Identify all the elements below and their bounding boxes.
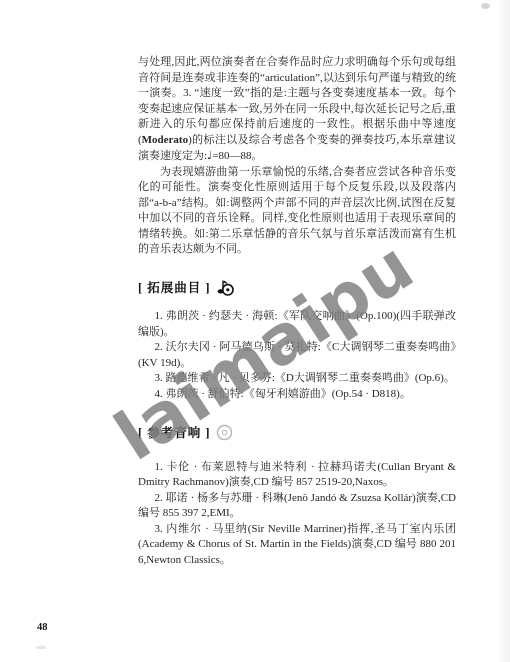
paragraph-tempo-discussion: 与处理,因此,两位演奏者在合奏作品时应力求明确每个乐句或每组音符间是连奏或非连奏… [138, 55, 456, 165]
paragraph-variation-principle: 为表现嬉游曲第一乐章愉悦的乐绪,合奏者应尝试各种音乐变化的可能性。演奏变化性原则… [138, 165, 456, 258]
scan-artifact [36, 646, 46, 649]
section-title-text: [ 参考音响 ] [138, 426, 211, 440]
page-content: 与处理,因此,两位演奏者在合奏作品时应力求明确每个乐句或每组音符间是连奏或非连奏… [138, 55, 456, 568]
scanned-book-page: 与处理,因此,两位演奏者在合奏作品时应力求明确每个乐句或每组音符间是连奏或非连奏… [0, 0, 510, 662]
tempo-value: =80—88。 [212, 150, 262, 162]
repertoire-item: 4. 弗朗茨 · 舒伯特:《匈牙利嬉游曲》(Op.54 · D818)。 [138, 387, 456, 403]
page-number: 48 [37, 622, 48, 633]
repertoire-item: 1. 弗朗茨 · 约瑟夫 · 海顿:《军队交响曲》(Op.100)(四手联弹改编… [138, 309, 456, 340]
repertoire-item: 3. 路德维希 · 凡 · 贝多芬:《D大调钢琴二重奏奏鸣曲》(Op.6)。 [138, 371, 456, 387]
paragraph-text: 与处理,因此,两位演奏者在合奏作品时应力求明确每个乐句或每组音符间是连奏或非连奏… [138, 56, 456, 146]
reference-recording-item: 1. 卡伦 · 布莱恩特与迪米特利 · 拉赫玛诺夫(Cullan Bryant … [138, 460, 456, 491]
section-title-text: [ 拓展曲目 ] [138, 281, 211, 295]
reference-recording-item: 3. 内维尔 · 马里纳(Sir Neville Marriner)指挥,圣马丁… [138, 522, 456, 569]
repertoire-item: 2. 沃尔夫冈 · 阿马德乌斯 · 莫扎特:《C大调钢琴二重奏奏鸣曲》(KV 1… [138, 340, 456, 371]
music-note-disc-icon [216, 278, 234, 301]
cd-icon [216, 424, 233, 446]
reference-recording-item: 2. 耶诺 · 杨多与苏珊 · 科琳(Jenö Jandó & Zsuzsa K… [138, 491, 456, 522]
scan-artifact [481, 3, 490, 9]
scan-edge-shadow [496, 0, 510, 662]
section-title-reference-recordings: [ 参考音响 ] [138, 424, 456, 446]
section-title-extended-repertoire: [ 拓展曲目 ] [138, 278, 456, 301]
moderato-term: Moderato [142, 134, 188, 146]
